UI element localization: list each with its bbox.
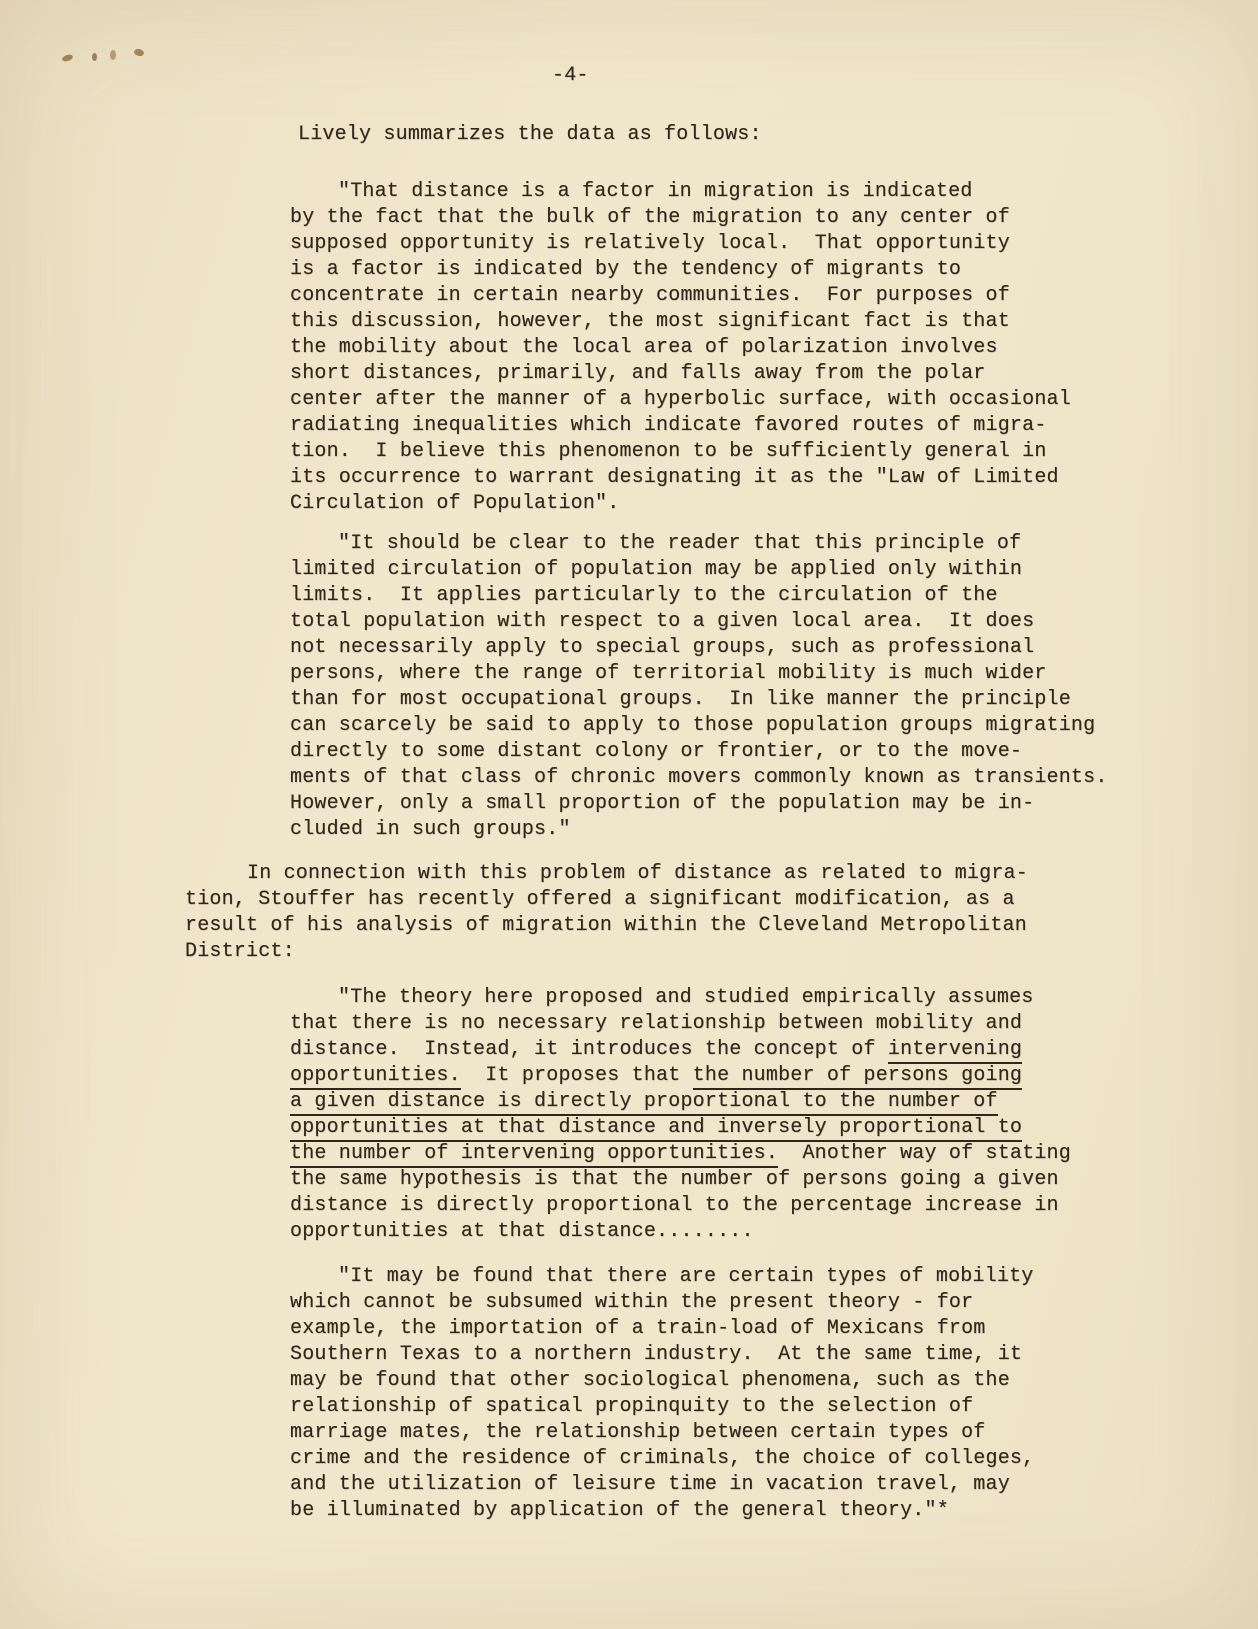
text-line: Southern Texas to a northern industry. A…	[290, 1342, 1034, 1368]
text-line: distance is directly proportional to the…	[290, 1193, 1071, 1219]
text-line: that there is no necessary relationship …	[290, 1011, 1071, 1037]
text-segment: distance is directly proportional to the…	[290, 1194, 1059, 1217]
text-segment: crime and the residence of criminals, th…	[290, 1447, 1034, 1470]
quote-block-stouffer-scope: "It may be found that there are certain …	[290, 1264, 1034, 1524]
text-line: than for most occupational groups. In li…	[290, 687, 1108, 713]
text-line: by the fact that the bulk of the migrati…	[290, 205, 1071, 231]
underlined-text: intervening	[888, 1038, 1022, 1064]
paragraph-stouffer-intro: In connection with this problem of dista…	[185, 861, 1028, 965]
text-segment: which cannot be subsumed within the pres…	[290, 1291, 973, 1314]
underlined-text: a given distance is directly proportiona…	[290, 1090, 998, 1116]
text-line: persons, where the range of territorial …	[290, 661, 1108, 687]
text-line: the number of intervening opportunities.…	[290, 1141, 1071, 1167]
text-line: concentrate in certain nearby communitie…	[290, 283, 1071, 309]
text-segment: this discussion, however, the most signi…	[290, 310, 1010, 333]
text-segment: opportunities at that distance........	[290, 1220, 754, 1243]
text-line: the same hypothesis is that the number o…	[290, 1167, 1071, 1193]
text-segment: "It may be found that there are certain …	[338, 1265, 1034, 1288]
underlined-text: the number of persons going	[693, 1064, 1022, 1090]
text-segment: radiating inequalities which indicate fa…	[290, 414, 1047, 437]
text-segment: Southern Texas to a northern industry. A…	[290, 1343, 1022, 1366]
text-line: a given distance is directly proportiona…	[290, 1089, 1071, 1115]
text-segment: "It should be clear to the reader that t…	[338, 532, 1021, 555]
text-segment: by the fact that the bulk of the migrati…	[290, 206, 1010, 229]
text-line: However, only a small proportion of the …	[290, 791, 1108, 817]
text-line: In connection with this problem of dista…	[185, 861, 1028, 887]
text-segment: Circulation of Population".	[290, 492, 619, 515]
intro-line: Lively summarizes the data as follows:	[298, 122, 762, 148]
text-segment: the same hypothesis is that the number o…	[290, 1168, 1059, 1191]
text-line: result of his analysis of migration with…	[185, 913, 1028, 939]
text-segment: the mobility about the local area of pol…	[290, 336, 998, 359]
text-line: tion, Stouffer has recently offered a si…	[185, 887, 1028, 913]
stain-mark	[61, 53, 73, 62]
text-segment: In connection with this problem of dista…	[247, 862, 1028, 885]
text-segment: directly to some distant colony or front…	[290, 740, 1022, 763]
text-line: "It should be clear to the reader that t…	[290, 531, 1108, 557]
text-segment: tion. I believe this phenomenon to be su…	[290, 440, 1047, 463]
text-line: limited circulation of population may be…	[290, 557, 1108, 583]
text-segment: District:	[185, 940, 295, 963]
text-segment: than for most occupational groups. In li…	[290, 688, 1071, 711]
text-line: its occurrence to warrant designating it…	[290, 465, 1071, 491]
text-line: short distances, primarily, and falls aw…	[290, 361, 1071, 387]
quote-block-lively-1: "That distance is a factor in migration …	[290, 179, 1071, 517]
text-line: marriage mates, the relationship between…	[290, 1420, 1034, 1446]
text-segment: ments of that class of chronic movers co…	[290, 766, 1108, 789]
text-line: not necessarily apply to special groups,…	[290, 635, 1108, 661]
text-line: District:	[185, 939, 1028, 965]
text-segment: It proposes that	[461, 1064, 693, 1087]
text-line: opportunities at that distance and inver…	[290, 1115, 1071, 1141]
document-page: -4- Lively summarizes the data as follow…	[0, 0, 1258, 1629]
text-segment: may be found that other sociological phe…	[290, 1369, 1010, 1392]
text-segment: not necessarily apply to special groups,…	[290, 636, 1034, 659]
text-line: "That distance is a factor in migration …	[290, 179, 1071, 205]
text-segment: result of his analysis of migration with…	[185, 914, 1027, 937]
quote-block-stouffer-theory: "The theory here proposed and studied em…	[290, 985, 1071, 1245]
text-line: is a factor is indicated by the tendency…	[290, 257, 1071, 283]
text-segment: "The theory here proposed and studied em…	[338, 986, 1034, 1009]
text-line: which cannot be subsumed within the pres…	[290, 1290, 1034, 1316]
text-line: radiating inequalities which indicate fa…	[290, 413, 1071, 439]
text-line: relationship of spatical propinquity to …	[290, 1394, 1034, 1420]
text-line: this discussion, however, the most signi…	[290, 309, 1071, 335]
text-line: and the utilization of leisure time in v…	[290, 1472, 1034, 1498]
page-number: -4-	[552, 63, 589, 89]
text-line: the mobility about the local area of pol…	[290, 335, 1071, 361]
text-line: center after the manner of a hyperbolic …	[290, 387, 1071, 413]
text-segment: can scarcely be said to apply to those p…	[290, 714, 1095, 737]
text-segment: center after the manner of a hyperbolic …	[290, 388, 1071, 411]
text-segment: marriage mates, the relationship between…	[290, 1421, 986, 1444]
text-segment: Another way of stating	[778, 1142, 1071, 1165]
text-segment: total population with respect to a given…	[290, 610, 1034, 633]
text-segment: be illuminated by application of the gen…	[290, 1499, 949, 1522]
text-line: example, the importation of a train-load…	[290, 1316, 1034, 1342]
underlined-text: opportunities.	[290, 1064, 461, 1090]
text-line: opportunities at that distance........	[290, 1219, 1071, 1245]
stain-mark	[110, 50, 116, 60]
text-line: opportunities. It proposes that the numb…	[290, 1063, 1071, 1089]
text-line: may be found that other sociological phe…	[290, 1368, 1034, 1394]
text-segment: limited circulation of population may be…	[290, 558, 1022, 581]
text-segment: tion, Stouffer has recently offered a si…	[185, 888, 1015, 911]
text-segment: short distances, primarily, and falls aw…	[290, 362, 986, 385]
text-line: be illuminated by application of the gen…	[290, 1498, 1034, 1524]
text-segment: example, the importation of a train-load…	[290, 1317, 986, 1340]
text-line: ments of that class of chronic movers co…	[290, 765, 1108, 791]
text-line: can scarcely be said to apply to those p…	[290, 713, 1108, 739]
text-line: total population with respect to a given…	[290, 609, 1108, 635]
text-segment: concentrate in certain nearby communitie…	[290, 284, 1010, 307]
text-line: tion. I believe this phenomenon to be su…	[290, 439, 1071, 465]
text-segment: "That distance is a factor in migration …	[338, 180, 973, 203]
text-line: cluded in such groups."	[290, 817, 1108, 843]
text-segment: However, only a small proportion of the …	[290, 792, 1034, 815]
text-segment: distance. Instead, it introduces the con…	[290, 1038, 888, 1061]
text-segment: its occurrence to warrant designating it…	[290, 466, 1059, 489]
quote-block-lively-2: "It should be clear to the reader that t…	[290, 531, 1108, 843]
text-line: "The theory here proposed and studied em…	[290, 985, 1071, 1011]
text-segment: cluded in such groups."	[290, 818, 571, 841]
stain-mark	[133, 48, 144, 57]
text-segment: persons, where the range of territorial …	[290, 662, 1047, 685]
text-segment: and the utilization of leisure time in v…	[290, 1473, 1010, 1496]
text-line: "It may be found that there are certain …	[290, 1264, 1034, 1290]
text-line: crime and the residence of criminals, th…	[290, 1446, 1034, 1472]
underlined-text: the number of intervening opportunities.	[290, 1142, 778, 1168]
text-line: Circulation of Population".	[290, 491, 1071, 517]
text-line: distance. Instead, it introduces the con…	[290, 1037, 1071, 1063]
stain-mark	[92, 53, 97, 61]
text-line: limits. It applies particularly to the c…	[290, 583, 1108, 609]
text-segment: that there is no necessary relationship …	[290, 1012, 1022, 1035]
text-segment: is a factor is indicated by the tendency…	[290, 258, 961, 281]
text-segment: limits. It applies particularly to the c…	[290, 584, 998, 607]
text-line: directly to some distant colony or front…	[290, 739, 1108, 765]
text-line: supposed opportunity is relatively local…	[290, 231, 1071, 257]
text-segment: relationship of spatical propinquity to …	[290, 1395, 973, 1418]
underlined-text: opportunities at that distance and inver…	[290, 1116, 1022, 1142]
text-segment: supposed opportunity is relatively local…	[290, 232, 1010, 255]
